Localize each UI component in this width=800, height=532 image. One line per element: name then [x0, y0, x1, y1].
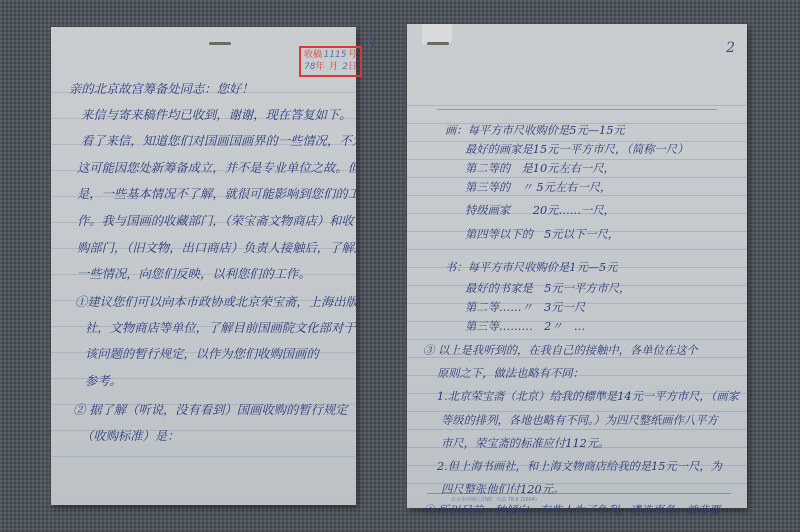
handwritten-line: 1.北京荣宝斋（北京）给我的標準是14元一平方市尺，（画家 [407, 388, 747, 404]
handwritten-line: 作。我与国画的收藏部门，（荣宝斋文物商店）和收 [51, 211, 356, 229]
handwritten-line: 四尺整张他们付120元。 [407, 481, 747, 497]
handwritten-line: 来信与寄来稿件均已收到，谢谢，现在答复如下。 [51, 105, 356, 123]
page-number: 2 [726, 40, 735, 56]
handwritten-line: 最好的书家是 5元一平方市尺， [407, 280, 747, 296]
stamp-no-label: 号 [348, 49, 357, 61]
handwritten-line: 购部门，（旧文物，出口商店）负责人接触后，了解到 [51, 238, 356, 256]
handwritten-line: ② 据了解（听说，没有看到）国画收购的暂行规定 [51, 400, 356, 418]
stamp-received-label: 收稿 [304, 49, 322, 61]
stamp-year-label: 年 [315, 62, 324, 72]
stamp-day-label: 日 [348, 62, 357, 72]
handwritten-line: 2.但上海书画社，和上海文物商店给我的是15元一尺，为 [407, 458, 747, 474]
page-number: 1 [369, 35, 378, 51]
handwritten-line: 看了来信，知道您们对国画国画界的一些情况，不太了解。 [51, 131, 356, 149]
staple-mark [209, 42, 231, 45]
handwritten-line: ①建议您们可以向本市政协或北京荣宝斋，上海出版 [51, 292, 356, 310]
handwritten-line: 最好的画家是15元一平方市尺，（简称一尺） [407, 141, 747, 157]
handwritten-line: 第二等的 是10元左右一尺， [407, 160, 747, 176]
handwritten-line: （收购标准）是： [51, 426, 356, 444]
letter-page-2: 2 画：每平方市尺收购价是5元—15元最好的画家是15元一平方市尺，（简称一尺）… [407, 24, 747, 508]
letter-page-1: 收稿 1115 号 78年 月 2日 1 亲的北京故宫筹备处同志：您好！来信与寄… [51, 27, 356, 505]
handwritten-line: 是，一些基本情况不了解，就很可能影响到您们的工 [51, 184, 356, 202]
handwritten-line: 画：每平方市尺收购价是5元—15元 [407, 122, 747, 138]
handwritten-line: 第三等……… 2〃 … [407, 318, 747, 334]
handwritten-line: 这可能因您处新筹备成立，并不是专业单位之故。但 [51, 158, 356, 176]
stamp-number: 1115 [324, 49, 347, 61]
handwritten-line: 等级的排列，各地也略有不同。）为四尺整纸画作八平方 [407, 412, 747, 428]
printer-imprint: 北京市西城区印刷厂出品 78.6 (1604) [451, 496, 537, 503]
received-stamp: 收稿 1115 号 78年 月 2日 [299, 46, 362, 77]
torn-corner [422, 24, 452, 44]
handwritten-line: 第三等的 〃 5元左右一尺， [407, 179, 747, 195]
handwritten-line: 第四等以下的 5元以下一尺， [407, 226, 747, 242]
stamp-month-label: 月 [329, 61, 338, 73]
handwritten-line: 亲的北京故宫筹备处同志：您好！ [51, 79, 356, 97]
staple-mark [427, 42, 449, 45]
handwritten-line: 原则之下，做法也略有不同： [407, 365, 747, 381]
handwritten-line: 特级画家 20元……一尺， [407, 202, 747, 218]
header-rule [437, 109, 717, 110]
handwritten-line: 市尺，荣宝斋的标准应付112元。 [407, 435, 747, 451]
handwritten-line: 第二等……〃 3元一尺 [407, 299, 747, 315]
stamp-year: 78 [304, 62, 315, 72]
handwritten-line: 社，文物商店等单位，了解目前国画院文化部对于 [51, 318, 356, 336]
handwritten-line: ④ 所以目前一种倾向，有些人为了争利，遴选事务，就非要 [407, 502, 747, 518]
handwritten-line: ③ 以上是我听到的，在我自己的接触中，各单位在这个 [407, 342, 747, 358]
handwritten-line: 书：每平方市尺收购价是1元—5元 [407, 259, 747, 275]
handwritten-line: 参考。 [51, 371, 356, 389]
footer-rule [427, 493, 731, 494]
handwritten-line: 一些情况，向您们反映，以利您们的工作。 [51, 264, 356, 282]
handwritten-line: 该问题的暂行规定，以作为您们收购国画的 [51, 344, 356, 362]
